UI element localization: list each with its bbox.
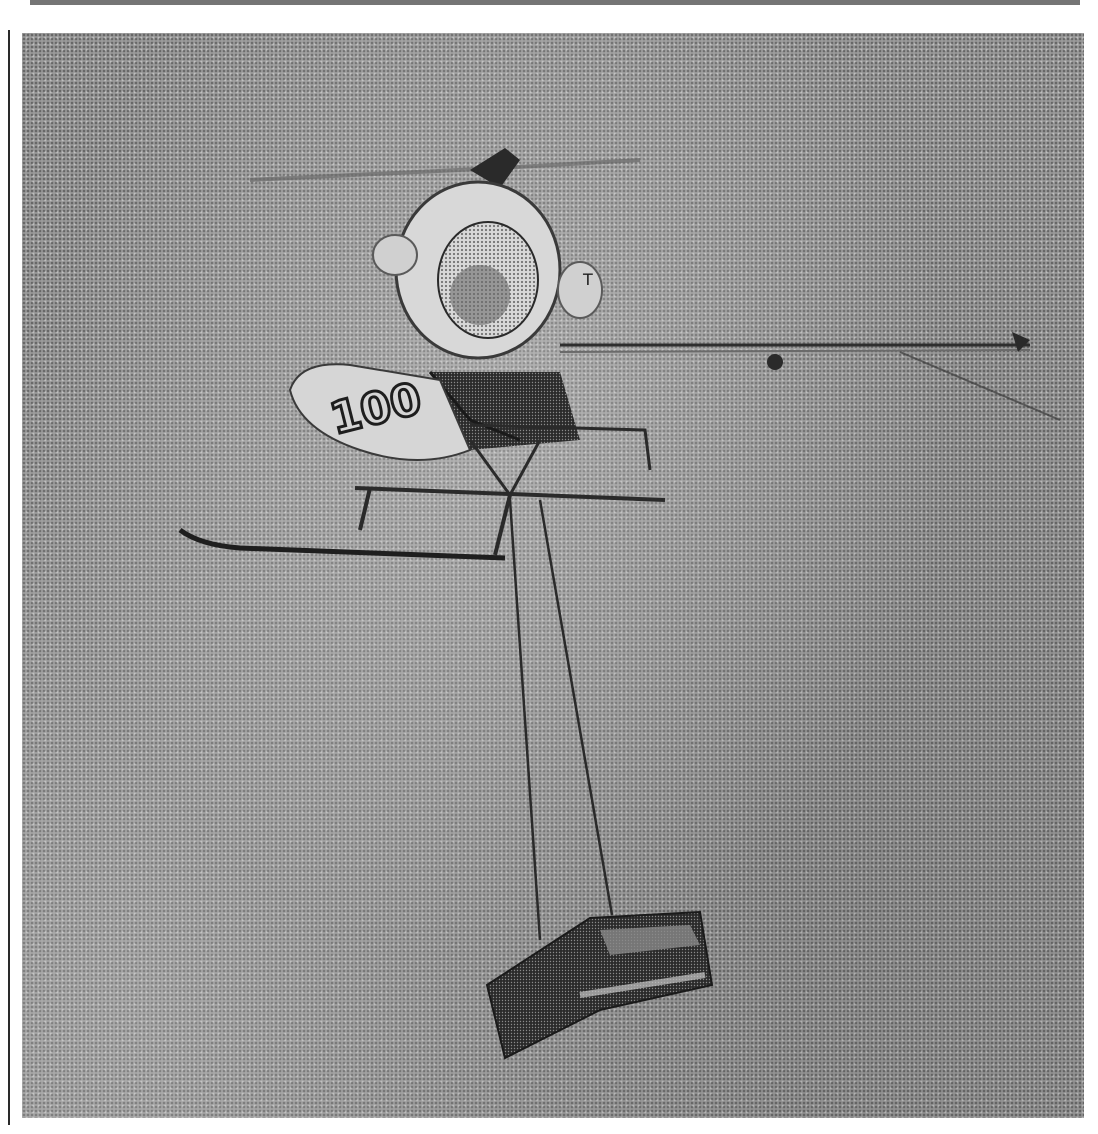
svg-text:T: T [582,270,593,289]
cabin-bubble [373,182,602,358]
tail-boom [560,332,1060,420]
helicopter-illustration: T 100 [0,0,1098,1134]
sling-cables [510,500,612,940]
sling-load [487,912,712,1058]
tail-marking: T [582,270,593,289]
main-rotor [250,148,640,188]
